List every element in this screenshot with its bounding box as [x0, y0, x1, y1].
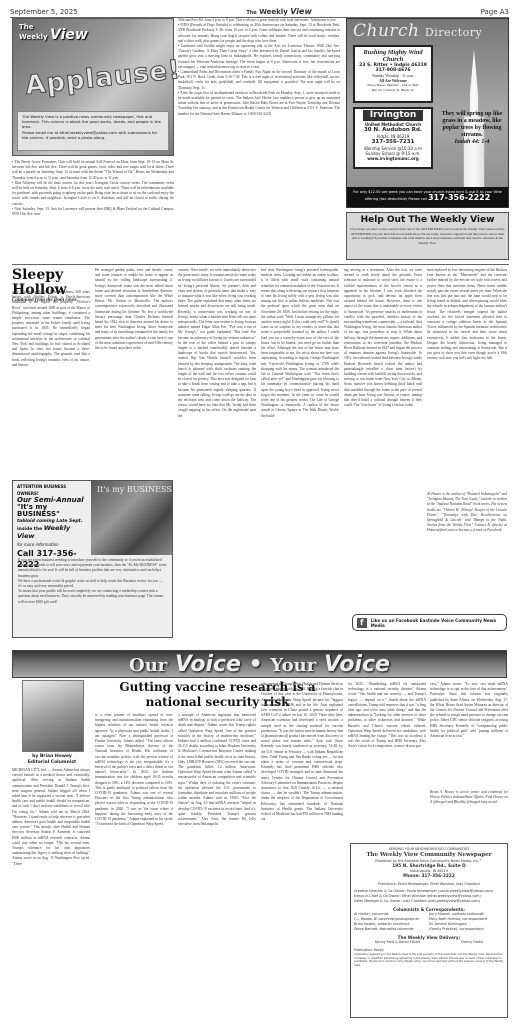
applause-brand: TheWeekly View [19, 23, 88, 41]
church-listing-rushing-mighty-wind: Rushing Mighty Wind Church 23 S. Ritter … [353, 45, 433, 103]
facebook-link[interactable]: f Like us on Facebook Eastside Voice Com… [352, 614, 507, 631]
article-column: ing serving as a restaurant. After the t… [344, 268, 422, 608]
church-directory-title: Church Directory [353, 21, 482, 41]
applause-items-col2: 56th and Post Rd. from 4 p.m. to 8 p.m. … [178, 18, 340, 256]
applause-item: • Cumberland Parks and Recreation offers… [178, 70, 340, 91]
applause-title: Applause! [24, 55, 183, 101]
editorial-column: cess," Adams wrote. "To now cast aside m… [430, 682, 508, 786]
business-ad-image: It's my BUSINESS [91, 481, 172, 555]
applause-items-col1: • The Beech Grove Promoters Club will ho… [12, 160, 174, 217]
article-column: been replaced by less interesting engine… [427, 268, 507, 488]
applause-item: • Gardeners and foodies might enjoy an u… [178, 44, 340, 70]
article-column: with Washington Irving. It began almost … [12, 290, 90, 476]
church-listing-irvington: Irvington United Methodist Church 30 N. … [353, 107, 433, 169]
masthead-title: The Weekly View [246, 7, 311, 16]
columnist-byline: by Brian Howey Editorial Columnist [12, 754, 92, 766]
church-directory-ad: Church Directory Rushing Mighty Wind Chu… [346, 18, 509, 208]
applause-banner: TheWeekly View Applause! The Weekly View… [12, 18, 174, 156]
our-voice-banner: Our Voice • Your Voice [12, 650, 507, 678]
issue-date: September 5, 2025 [10, 8, 78, 16]
article-column: country. Once inside, we were immediatel… [178, 268, 256, 646]
help-out-box: Help Out The Weekly View If you buy a pr… [346, 212, 509, 260]
article-column: bed rests Washington Irving's personal h… [261, 268, 339, 608]
applause-item: • The Beech Grove Promoters Club will ho… [12, 160, 174, 181]
applause-item: • After the tragic loss of an abandoned … [178, 91, 340, 117]
help-out-title: Help Out The Weekly View [349, 215, 506, 225]
editorial-column: a triumph of American ingenuity that har… [178, 713, 256, 1020]
columnist-portrait [22, 680, 84, 752]
author-bio: Al Hunter is the author of "Haunted Indi… [427, 492, 507, 534]
help-out-body: If you buy a product or use a service fr… [349, 227, 506, 245]
publication-masthead-box: SERVING YOUR NEIGHBORHOOD COMMUNITIES Th… [350, 843, 508, 1018]
editorial-column: who served as Trump's first Health and H… [261, 682, 343, 1020]
facebook-icon: f [357, 618, 367, 628]
applause-intro: The Weekly View is a positive-news commu… [22, 114, 164, 129]
editorial-column: MICHIGAN CITY, Ind. — Jerome Adams has a… [12, 768, 90, 1020]
applause-intro-box: The Weekly View is a positive-news commu… [17, 111, 169, 151]
editorial-column: for 2025. "Abandoning mRNA for antiquate… [348, 682, 426, 810]
applause-item: • Blue Alchemy will be the final concert… [12, 181, 174, 207]
article-column: He arranged garden paths, trees and shru… [95, 268, 173, 476]
applause-email-note: Please email me at ethel.weeklyview@yaho… [22, 130, 164, 140]
church-directory-footer: For only $12.50 per week you can have yo… [347, 187, 508, 207]
author-bio: Brian A. Howey is senior writer and colu… [430, 790, 508, 806]
applause-item: • Next Saturday, Sept. 13, Arts for Lawr… [12, 207, 174, 217]
page-header: September 5, 2025 The Weekly View Page A… [10, 4, 509, 18]
page-number: Page A3 [481, 8, 509, 16]
its-my-business-ad: ATTENTION BUSINESS OWNERS! Our Semi-Annu… [12, 480, 173, 638]
editorial-column: is a clear pattern of insidious spread o… [95, 713, 173, 1020]
section-divider [12, 264, 509, 265]
bible-verse: They will spring up like grass in a mead… [437, 111, 507, 146]
applause-item: • FIDO (Friends of Dogs Outside) is cele… [178, 23, 340, 44]
